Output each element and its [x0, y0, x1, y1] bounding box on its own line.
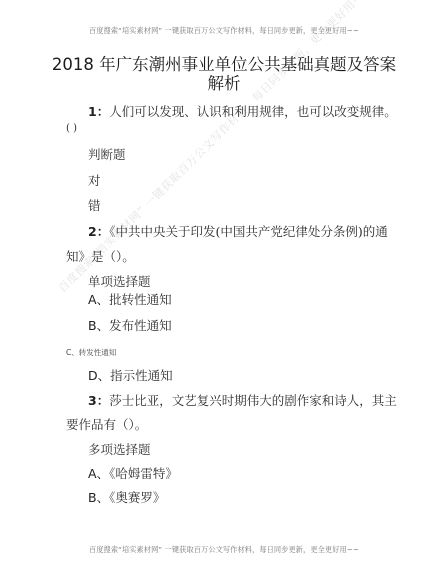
question-number: 1： [88, 104, 109, 119]
option-text: 发布性通知 [109, 318, 172, 333]
question-3-stem: 3：莎士比亚，文艺复兴时期伟大的剧作家和诗人，其主 [88, 393, 397, 409]
question-2-option-a: A、批转性通知 [88, 292, 172, 308]
question-2-option-c: C、转发性通知 [66, 347, 116, 358]
option-letter: D、 [88, 368, 110, 383]
question-3-option-b: B、《奥赛罗》 [88, 490, 165, 506]
question-3-type: 多项选择题 [88, 442, 151, 458]
option-text: 《哈姆雷特》 [109, 466, 178, 481]
question-text: 莎士比亚，文艺复兴时期伟大的剧作家和诗人，其主 [109, 393, 397, 408]
option-letter: C、 [66, 348, 79, 357]
page-footer: 百度搜索“培实素材网” 一键获取百万公文写作材料，每日同步更新，更全更好用~~ [0, 545, 448, 555]
question-1-option-false: 错 [88, 198, 101, 214]
option-text: 《奥赛罗》 [109, 490, 165, 505]
question-1-stem: 1：人们可以发现、认识和利用规律，也可以改变规律。 [88, 104, 397, 120]
question-number: 3： [88, 393, 109, 408]
option-text: 错 [88, 198, 101, 213]
question-2-option-d: D、指示性通知 [88, 368, 173, 384]
option-text: 转发性通知 [79, 348, 117, 357]
question-1-type: 判断题 [88, 147, 126, 163]
document-page: 百度搜索“培实素材网” 一键获取百万公文写作材料，每日同步更新，更全更好用~~ … [0, 0, 448, 580]
question-2-type: 单项选择题 [88, 274, 151, 290]
option-letter: A、 [88, 466, 109, 481]
question-2-stem: 2：《中共中央关于印发(中国共产党纪律处分条例)的通 [88, 224, 388, 240]
document-title: 2018 年广东潮州事业单位公共基础真题及答案 [0, 55, 448, 75]
question-3-option-a: A、《哈姆雷特》 [88, 466, 178, 482]
option-text: 对 [88, 173, 101, 188]
option-text: 批转性通知 [109, 292, 172, 307]
question-2-option-b: B、发布性通知 [88, 318, 172, 334]
option-letter: A、 [88, 292, 109, 307]
question-3-stem-continued: 要作品有（）。 [66, 417, 147, 433]
question-text: 人们可以发现、认识和利用规律，也可以改变规律。 [109, 104, 397, 119]
option-letter: B、 [88, 490, 109, 505]
page-header: 百度搜索“培实素材网” 一键获取百万公文写作材料，每日同步更新，更全更好用~~ [0, 26, 448, 36]
option-text: 指示性通知 [110, 368, 173, 383]
question-text: 《中共中央关于印发(中国共产党纪律处分条例)的通 [109, 224, 388, 239]
question-number: 2： [88, 224, 109, 239]
question-1-stem-continued: ( ) [66, 121, 77, 137]
question-1-option-true: 对 [88, 173, 101, 189]
question-2-stem-continued: 知》是（）。 [66, 249, 135, 265]
document-title-continued: 解析 [0, 74, 448, 94]
option-letter: B、 [88, 318, 109, 333]
